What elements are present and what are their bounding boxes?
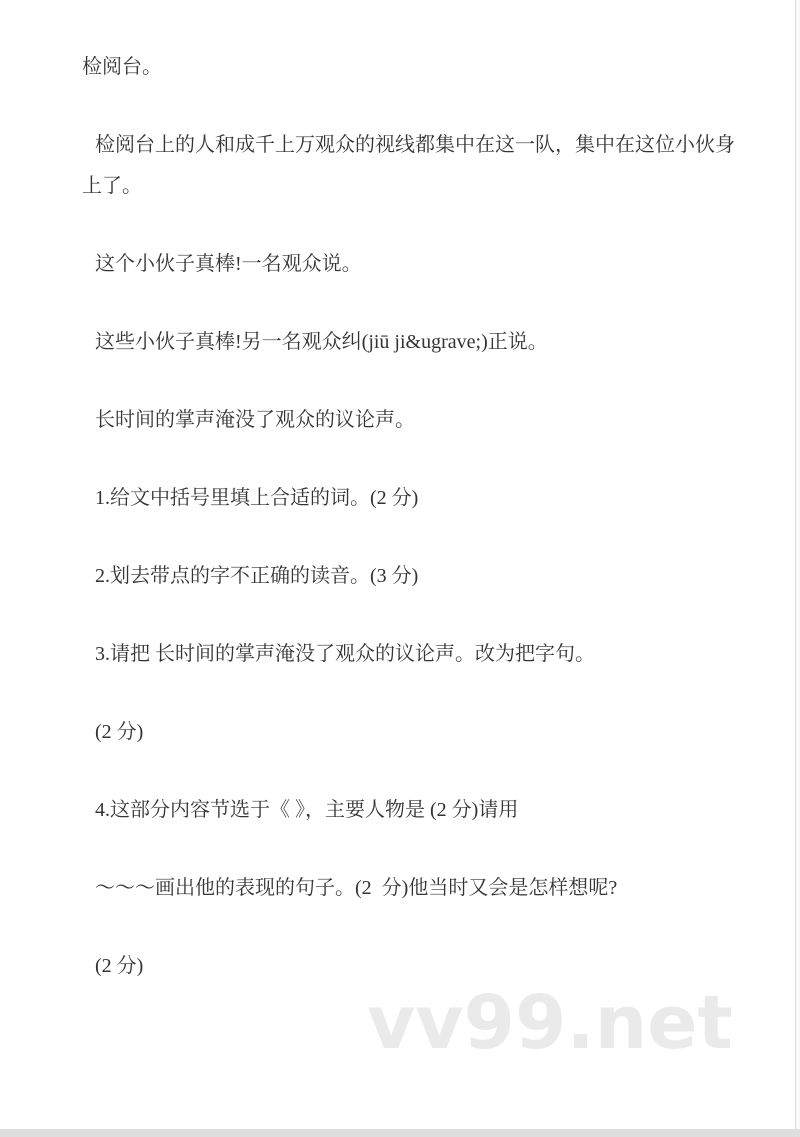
paragraph-6: 1.给文中括号里填上合适的词。(2 分) xyxy=(82,478,742,519)
bottom-edge-bar xyxy=(0,1129,800,1137)
paragraph-3: 这个小伙子真棒!一名观众说。 xyxy=(82,244,742,285)
paragraph-4: 这些小伙子真棒!另一名观众纠(jiū ji&ugrave;)正说。 xyxy=(82,322,742,363)
paragraph-7: 2.划去带点的字不正确的读音。(3 分) xyxy=(82,556,742,597)
paragraph-2: 检阅台上的人和成千上万观众的视线都集中在这一队，集中在这位小伙身上了。 xyxy=(82,125,742,207)
scrollbar-track[interactable] xyxy=(795,0,800,1129)
paragraph-8: 3.请把 长时间的掌声淹没了观众的议论声。改为把字句。 xyxy=(82,634,742,675)
paragraph-11: ～～～画出他的表现的句子。(2 分)他当时又会是怎样想呢? xyxy=(82,868,742,909)
paragraph-10: 4.这部分内容节选于《 》，主要人物是 (2 分)请用 xyxy=(82,790,742,831)
paragraph-9: (2 分) xyxy=(82,712,742,753)
page: { "page": { "background": "#ffffff", "te… xyxy=(0,0,800,1137)
paragraph-5: 长时间的掌声淹没了观众的议论声。 xyxy=(82,400,742,441)
document-body: 检阅台。检阅台上的人和成千上万观众的视线都集中在这一队，集中在这位小伙身上了。这… xyxy=(82,47,742,1024)
paragraph-1: 检阅台。 xyxy=(82,47,742,88)
paragraph-12: (2 分) xyxy=(82,946,742,987)
